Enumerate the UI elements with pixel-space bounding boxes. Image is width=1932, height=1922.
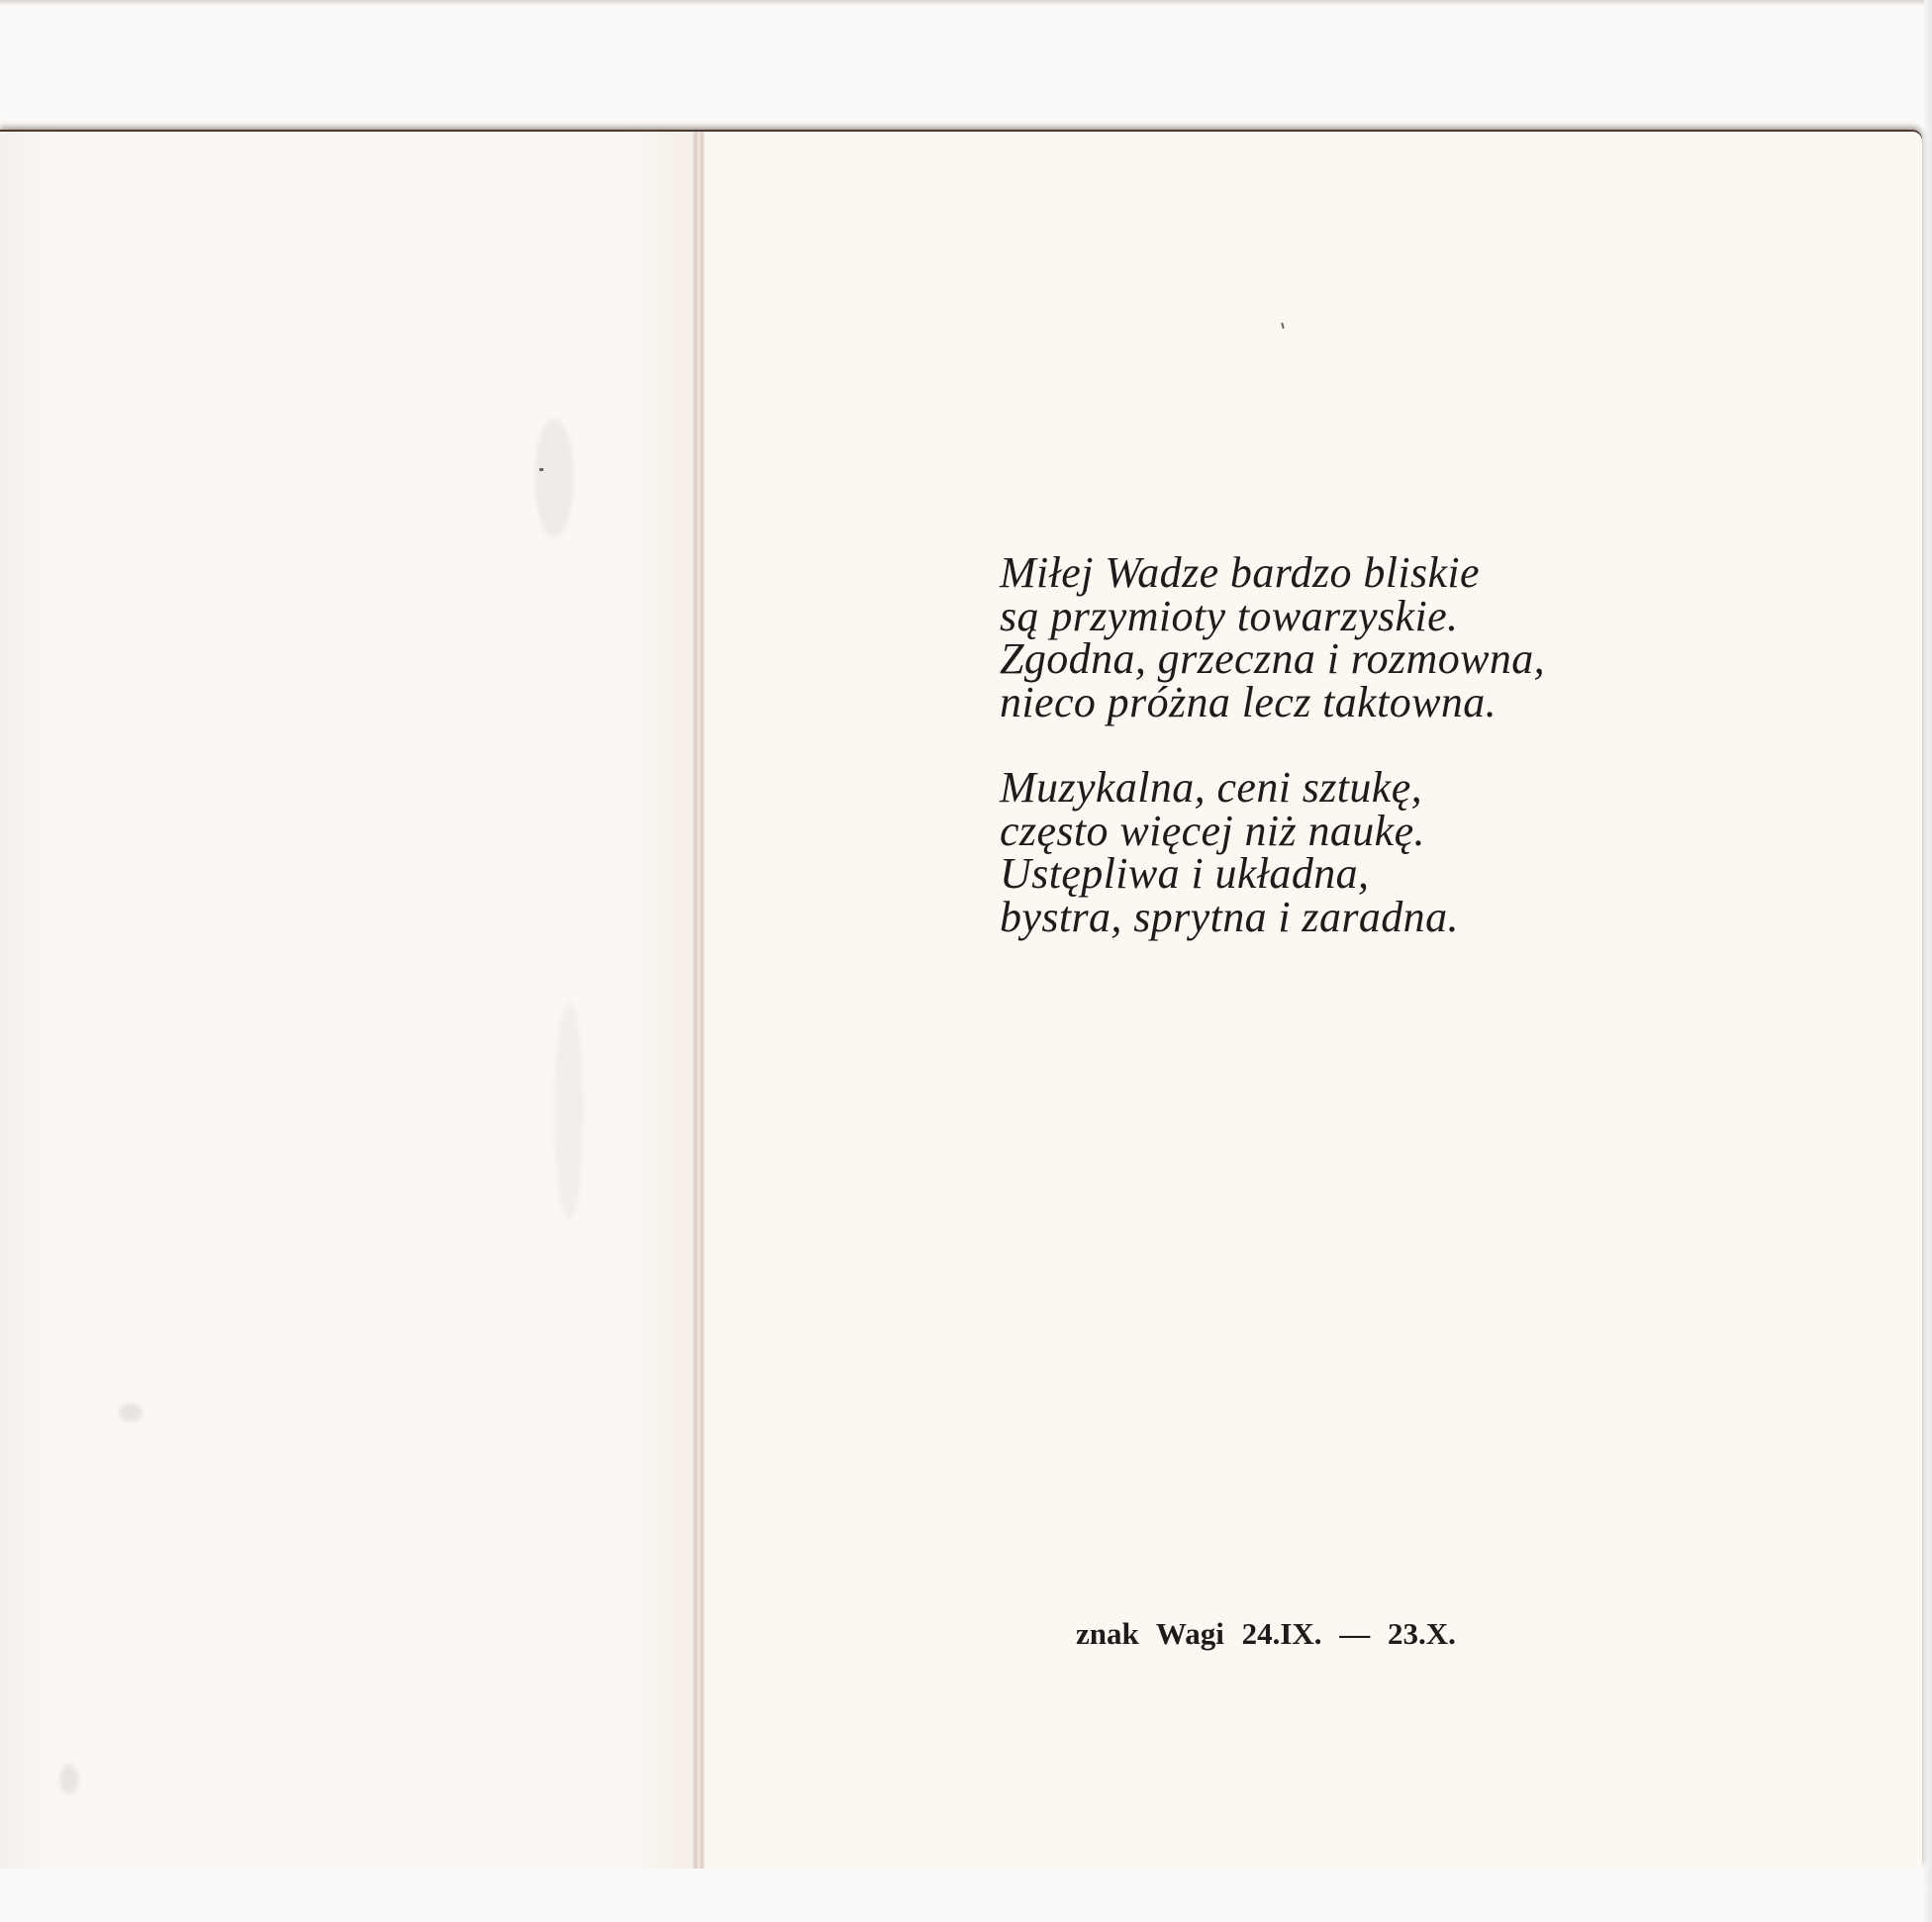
poem-line: Ustępliwa i układna, bbox=[1000, 852, 1545, 896]
poem-line: bystra, sprytna i zaradna. bbox=[1000, 896, 1545, 939]
left-page bbox=[0, 132, 695, 1869]
paper-smudge bbox=[119, 1403, 143, 1421]
paper-speck bbox=[539, 468, 543, 471]
scanner-right-edge bbox=[1924, 0, 1932, 1922]
poem-line: Zgodna, grzeczna i rozmowna, bbox=[1000, 637, 1545, 681]
right-page: Miłej Wadze bardzo bliskie są przymioty … bbox=[705, 132, 1922, 1869]
zodiac-sign-footer: znak Wagi 24.IX. — 23.X. bbox=[1076, 1616, 1456, 1652]
poem-line: są przymioty towarzyskie. bbox=[1000, 595, 1545, 638]
greeting-card: Miłej Wadze bardzo bliskie są przymioty … bbox=[0, 132, 1922, 1869]
poem-line: nieco próżna lecz taktowna. bbox=[1000, 681, 1545, 724]
poem-stanza-2: Muzykalna, ceni sztukę, często więcej ni… bbox=[1000, 766, 1545, 938]
paper-speck bbox=[1281, 323, 1284, 329]
paper-smudge bbox=[59, 1765, 79, 1794]
card-fold-spine bbox=[693, 132, 705, 1869]
poem-line: Muzykalna, ceni sztukę, bbox=[1000, 766, 1545, 810]
scanner-top-edge bbox=[0, 0, 1932, 6]
poem-line: często więcej niż naukę. bbox=[1000, 810, 1545, 853]
paper-smudge bbox=[534, 419, 574, 537]
poem-stanza-1: Miłej Wadze bardzo bliskie są przymioty … bbox=[1000, 551, 1545, 723]
paper-smudge bbox=[554, 1003, 584, 1220]
poem-line: Miłej Wadze bardzo bliskie bbox=[1000, 551, 1545, 595]
poem: Miłej Wadze bardzo bliskie są przymioty … bbox=[1000, 551, 1545, 981]
